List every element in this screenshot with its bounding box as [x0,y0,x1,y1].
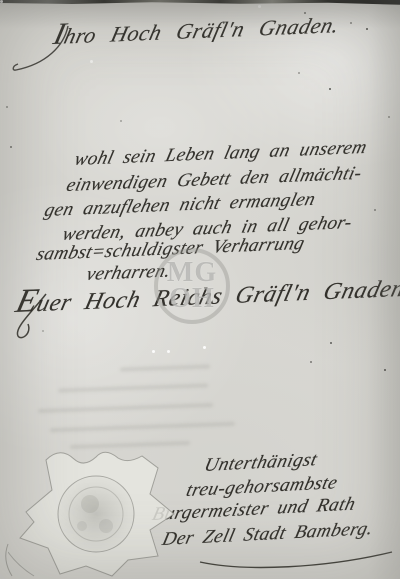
signature-flourish [196,548,396,574]
bleed-through-line [120,364,210,371]
bleed-through-line [58,383,208,392]
bleed-through-line [38,403,213,413]
paper-seal [8,434,184,579]
salutation-line: Ihro Hoch Gräfl'n Gnaden. [50,5,344,52]
document-photo: Ihro Hoch Gräfl'n Gnaden. wohl sein Lebe… [0,0,400,579]
photo-top-edge [0,0,400,5]
address-line: Euer Hoch Reichs Gräfl'n Gnaden. [12,267,400,321]
bleed-through-line [50,422,235,432]
signature-line: Unterthänigst [202,449,319,477]
